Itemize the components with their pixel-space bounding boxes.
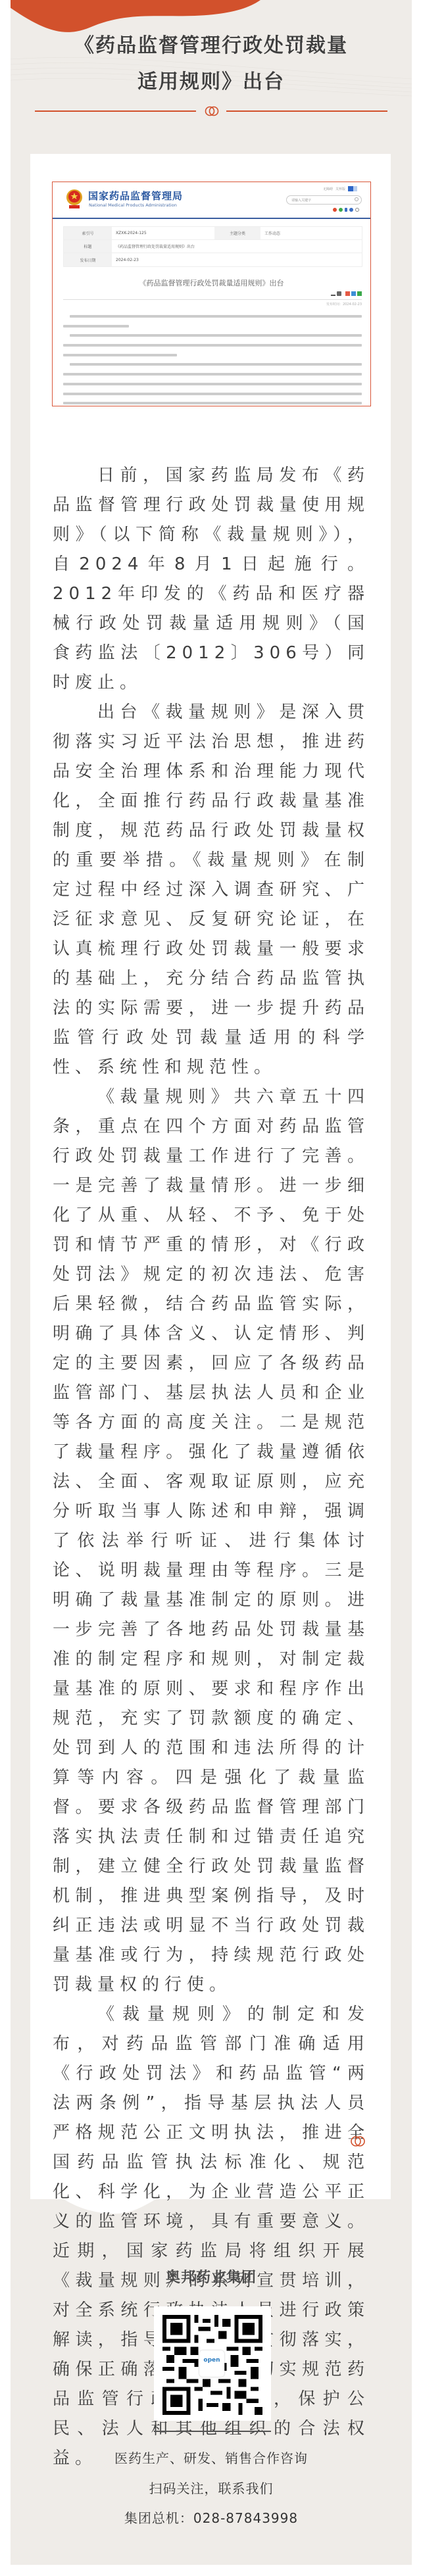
site-article-body (63, 315, 362, 406)
meta-value: 工作动态 (260, 230, 362, 236)
share-weibo-icon (345, 291, 350, 296)
article-page: 《药品监督管理行政处罚裁量 适用规则》出台 国家药品监督管理局 National… (0, 0, 421, 2576)
text-line (70, 315, 362, 318)
footer-consult-text: 医药生产、研发、销售合作咨询 (11, 2448, 412, 2467)
weibo-icon (333, 208, 337, 212)
mobile-icon (345, 208, 347, 212)
company-name: 奥邦药业集团 (11, 2266, 412, 2287)
text-line (63, 344, 362, 347)
title-divider (35, 105, 387, 117)
text-line (63, 393, 362, 395)
print-icon (337, 291, 341, 296)
wechat-icon (339, 208, 343, 212)
meta-row: 发布日期 2024-02-23 (64, 253, 362, 266)
search-icon (355, 197, 359, 201)
text-line (63, 383, 362, 385)
site-top-links: 无障碍 关怀版 (323, 186, 357, 191)
site-search-placeholder: 请输入关键字 (291, 199, 311, 203)
article-paragraph: 出台《裁量规则》是深入贯彻落实习近平法治思想，推进药品安全治理体系和治理能力现代… (53, 698, 370, 1082)
text-line (63, 325, 129, 328)
share-qzone-icon (351, 291, 356, 296)
text-line (70, 363, 362, 366)
footer-follow-text: 扫码关注，联系我们 (11, 2478, 412, 2497)
meta-label: 主题分类 (214, 227, 260, 239)
end-double-ring-icon (349, 2135, 366, 2148)
double-ring-icon (204, 105, 220, 117)
share-wechat-icon (357, 291, 362, 296)
meta-value: 《药品监督管理行政处罚裁量适用规则》出台 (112, 243, 362, 249)
site-social-icons (333, 208, 359, 212)
site-header: 国家药品监督管理局 National Medical Products Admi… (53, 182, 370, 219)
meta-value: XZXK-2024-125 (112, 231, 214, 235)
site-org-name-en: National Medical Products Administration (89, 203, 177, 208)
meta-label: 索引号 (64, 227, 112, 239)
article-body: 日前，国家药监局发布《药品监督管理行政处罚裁量使用规则》（以下简称《裁量规则》）… (53, 461, 370, 2473)
title-line-1: 《药品监督管理行政处罚裁量 (11, 28, 412, 64)
footer-phone-text: 集团总机：028-87843998 (11, 2508, 412, 2527)
text-line (63, 402, 362, 404)
divider-line-left (35, 110, 196, 112)
footer-divider (154, 2431, 271, 2432)
site-search-box: 请输入关键字 (286, 195, 362, 205)
national-emblem-icon (66, 188, 83, 210)
language-icon (348, 186, 353, 191)
message-icon (349, 208, 353, 212)
site-meta-table: 索引号 XZXK-2024-125 主题分类 工作动态 标题 《药品监督管理行政… (63, 226, 362, 267)
meta-label: 发布日期 (64, 253, 112, 266)
accessibility-link: 无障碍 (323, 187, 333, 191)
text-line (63, 354, 177, 356)
title-line-2: 适用规则》出台 (11, 64, 412, 100)
text-line (63, 373, 362, 376)
embedded-website-screenshot: 国家药品监督管理局 National Medical Products Admi… (52, 182, 371, 406)
site-article-tools (331, 291, 362, 296)
meta-value: 2024-02-23 (112, 258, 362, 262)
text-line (70, 334, 362, 337)
divider-line-right (226, 110, 387, 112)
article-paragraph: 日前，国家药监局发布《药品监督管理行政处罚裁量使用规则》（以下简称《裁量规则》）… (53, 461, 370, 698)
meta-label: 标题 (64, 240, 112, 253)
care-mode-link: 关怀版 (335, 187, 345, 191)
site-org-name: 国家药品监督管理局 (88, 189, 183, 203)
language-icon-alt (353, 186, 357, 191)
qr-code: open (154, 2306, 271, 2421)
site-divider (63, 299, 362, 300)
page-title: 《药品监督管理行政处罚裁量 适用规则》出台 (11, 28, 412, 100)
site-article-title: 《药品监督管理行政处罚裁量适用规则》出台 (53, 278, 370, 288)
user-icon (355, 208, 359, 212)
article-paragraph: 《裁量规则》共六章五十四条，重点在四个方面对药品监管行政处罚裁量工作进行了完善。… (53, 1082, 370, 2000)
download-icon (331, 291, 335, 296)
site-publish-time: 发布时间：2024-02-23 (326, 302, 362, 306)
meta-row: 标题 《药品监督管理行政处罚裁量适用规则》出台 (64, 240, 362, 253)
meta-row: 索引号 XZXK-2024-125 主题分类 工作动态 (64, 227, 362, 240)
qr-logo: open (199, 2350, 224, 2377)
